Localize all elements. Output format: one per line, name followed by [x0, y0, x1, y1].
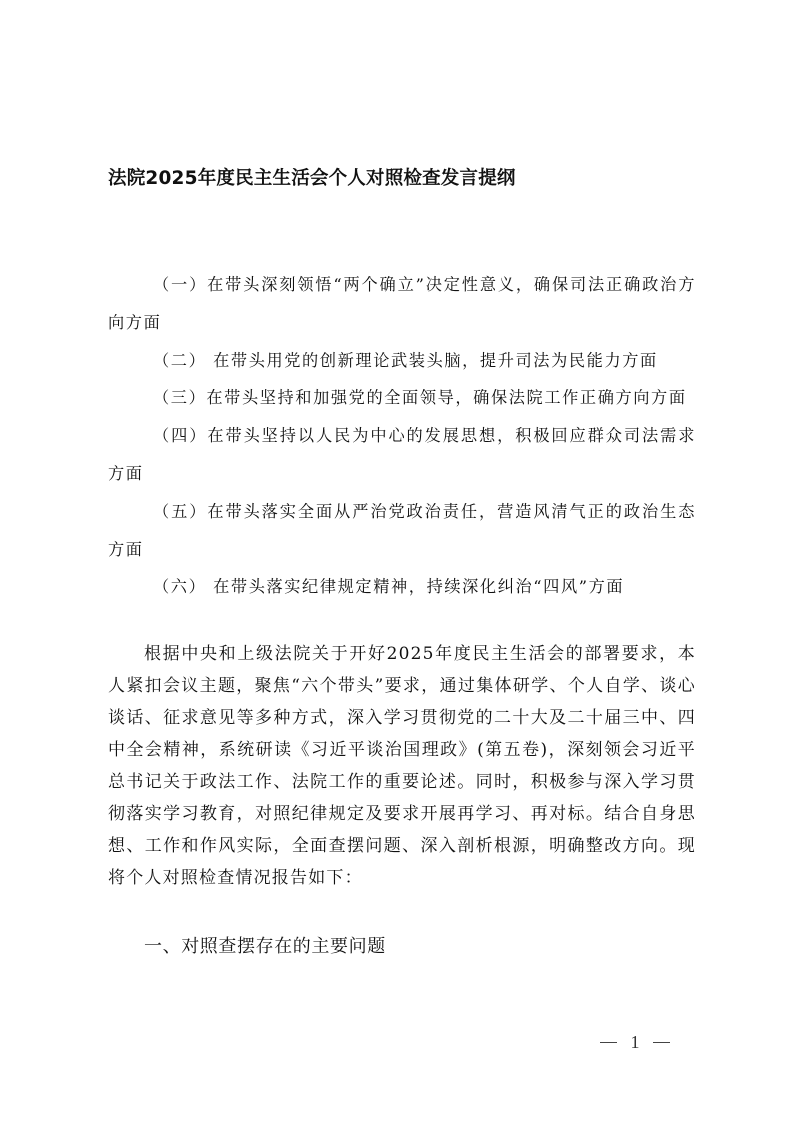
section-heading: 一、对照查摆存在的主要问题 [144, 934, 386, 960]
outline-text: 在带头用党的创新理论武装头脑，提升司法为民能力方面 [206, 351, 657, 370]
body-text: 根据中央和上级法院关于开好2025年度民主生活会的部署要求，本人紧扣会议主题，聚… [108, 638, 696, 894]
page-number: 1 [631, 1032, 640, 1053]
outline-item-1: （一）在带头深刻领悟“两个确立”决定性意义，确保司法正确政治方向方面 [108, 266, 696, 342]
outline-label: （三） [153, 388, 206, 407]
outline-label: （四） [153, 426, 207, 445]
outline-text: 在带头坚持和加强党的全面领导，确保法院工作正确方向方面 [206, 388, 686, 407]
document-title: 法院2025年度民主生活会个人对照检查发言提纲 [108, 166, 708, 192]
outline-item-3: （三）在带头坚持和加强党的全面领导，确保法院工作正确方向方面 [108, 379, 696, 417]
outline-label: （二） [153, 351, 206, 370]
outline-text: 在带头落实纪律规定精神，持续深化纠治“四风”方面 [206, 577, 624, 596]
page-footer: 1 [600, 1032, 670, 1053]
outline-label: （一） [153, 275, 207, 294]
dash-right [653, 1042, 670, 1043]
outline-label: （六） [153, 577, 206, 596]
outline-item-5: （五）在带头落实全面从严治党政治责任，营造风清气正的政治生态方面 [108, 493, 696, 569]
outline-list: （一）在带头深刻领悟“两个确立”决定性意义，确保司法正确政治方向方面 （二） 在… [108, 266, 696, 606]
outline-item-6: （六） 在带头落实纪律规定精神，持续深化纠治“四风”方面 [108, 568, 696, 606]
outline-item-2: （二） 在带头用党的创新理论武装头脑，提升司法为民能力方面 [108, 342, 696, 380]
document-page: 法院2025年度民主生活会个人对照检查发言提纲 （一）在带头深刻领悟“两个确立”… [0, 0, 793, 1122]
outline-item-4: （四）在带头坚持以人民为中心的发展思想，积极回应群众司法需求方面 [108, 417, 696, 493]
dash-left [600, 1042, 617, 1043]
outline-label: （五） [153, 502, 207, 521]
intro-paragraph: 根据中央和上级法院关于开好2025年度民主生活会的部署要求，本人紧扣会议主题，聚… [108, 638, 696, 894]
